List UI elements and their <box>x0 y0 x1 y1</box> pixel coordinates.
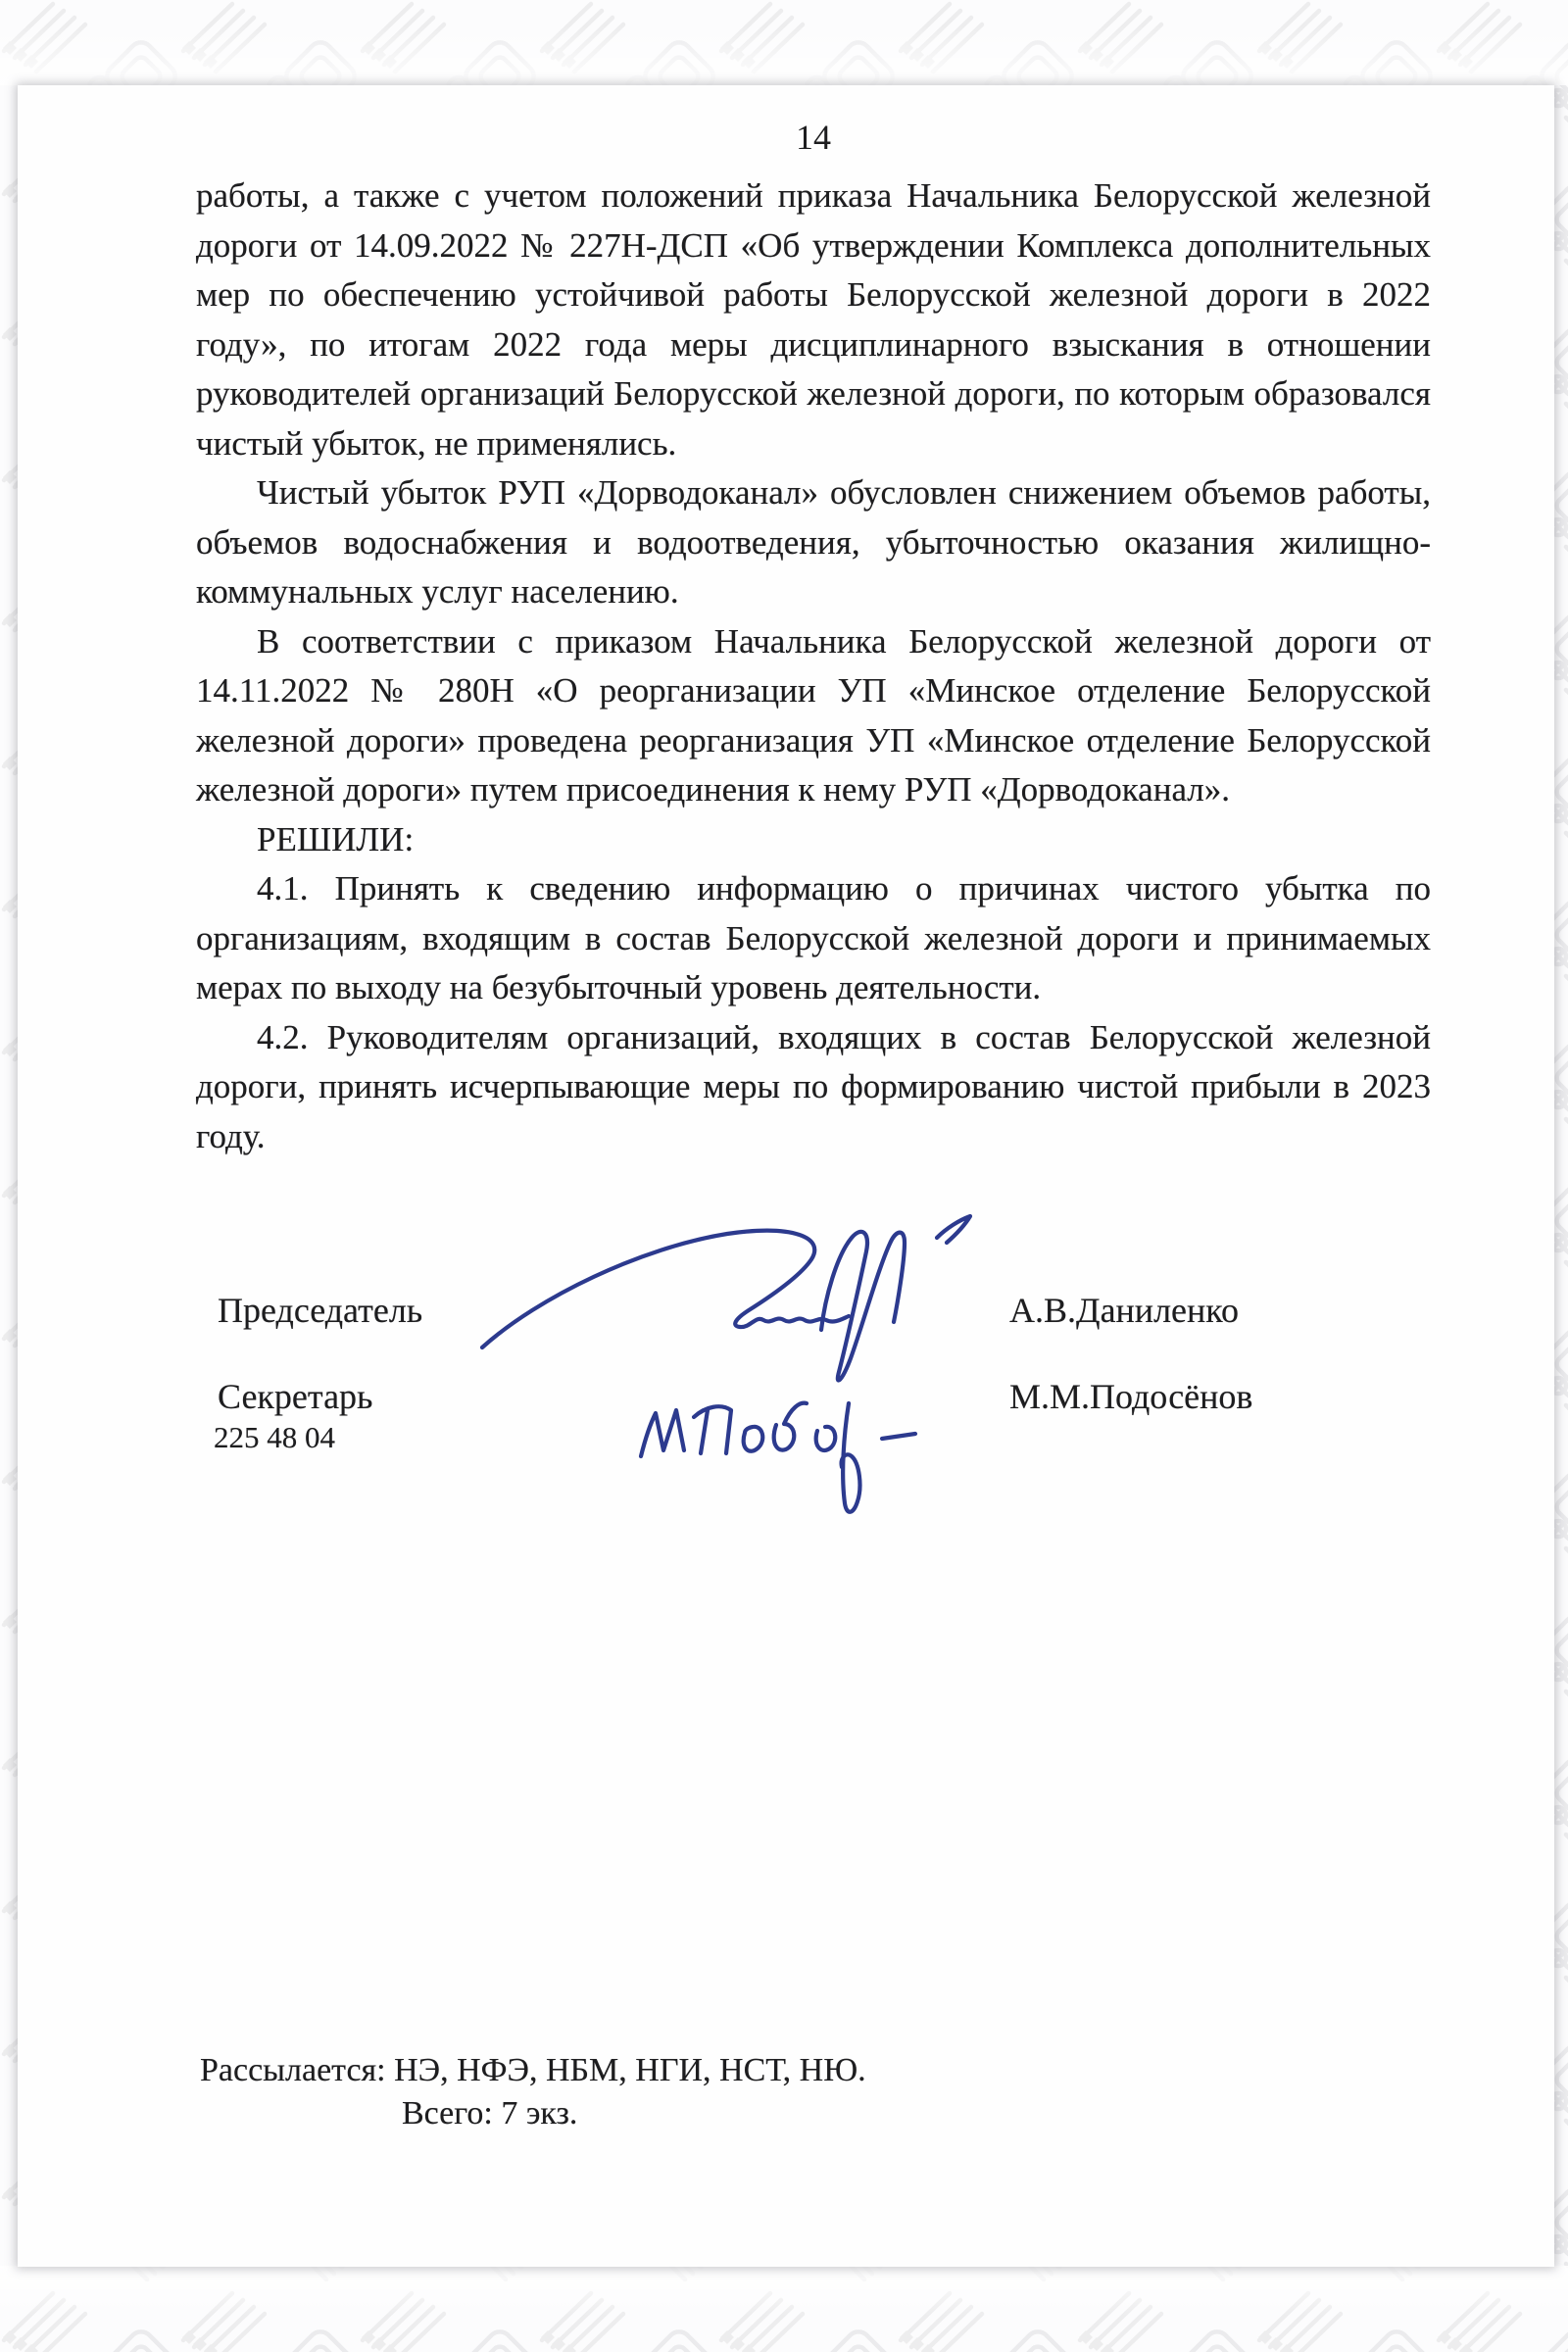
secretary-role-label: Секретарь <box>218 1375 372 1418</box>
paragraph-item-4-2: 4.2. Руководителям организаций, входящих… <box>196 1013 1431 1162</box>
document-body: работы, а также с учетом положений прика… <box>18 171 1554 1161</box>
paragraph-reorganization: В соответствии с приказом Начальника Бел… <box>196 617 1431 815</box>
secretary-signature <box>631 1354 945 1541</box>
distribution-note: Рассылается: НЭ, НФЭ, НБМ, НГИ, НСТ, НЮ.… <box>200 2049 866 2135</box>
scanned-document-screenshot: 14 работы, а также с учетом положений пр… <box>0 0 1568 2352</box>
paragraph-net-loss-cause: Чистый убыток РУП «Дорводоканал» обуслов… <box>196 468 1431 617</box>
paragraph-decided-heading: РЕШИЛИ: <box>196 815 1431 865</box>
page-number: 14 <box>18 113 1554 162</box>
document-page: 14 работы, а также с учетом положений пр… <box>18 85 1554 2267</box>
paragraph-item-4-1: 4.1. Принять к сведению информацию о при… <box>196 864 1431 1013</box>
secretary-phone: 225 48 04 <box>214 1420 335 1455</box>
distribution-total: Всего: 7 экз. <box>402 2092 866 2135</box>
chairman-name: А.В.Даниленко <box>1009 1289 1239 1332</box>
secretary-name: М.М.Подосёнов <box>1009 1375 1252 1418</box>
chairman-role-label: Председатель <box>218 1289 422 1332</box>
distribution-list: Рассылается: НЭ, НФЭ, НБМ, НГИ, НСТ, НЮ. <box>200 2049 866 2092</box>
paragraph-continuation: работы, а также с учетом положений прика… <box>196 171 1431 468</box>
